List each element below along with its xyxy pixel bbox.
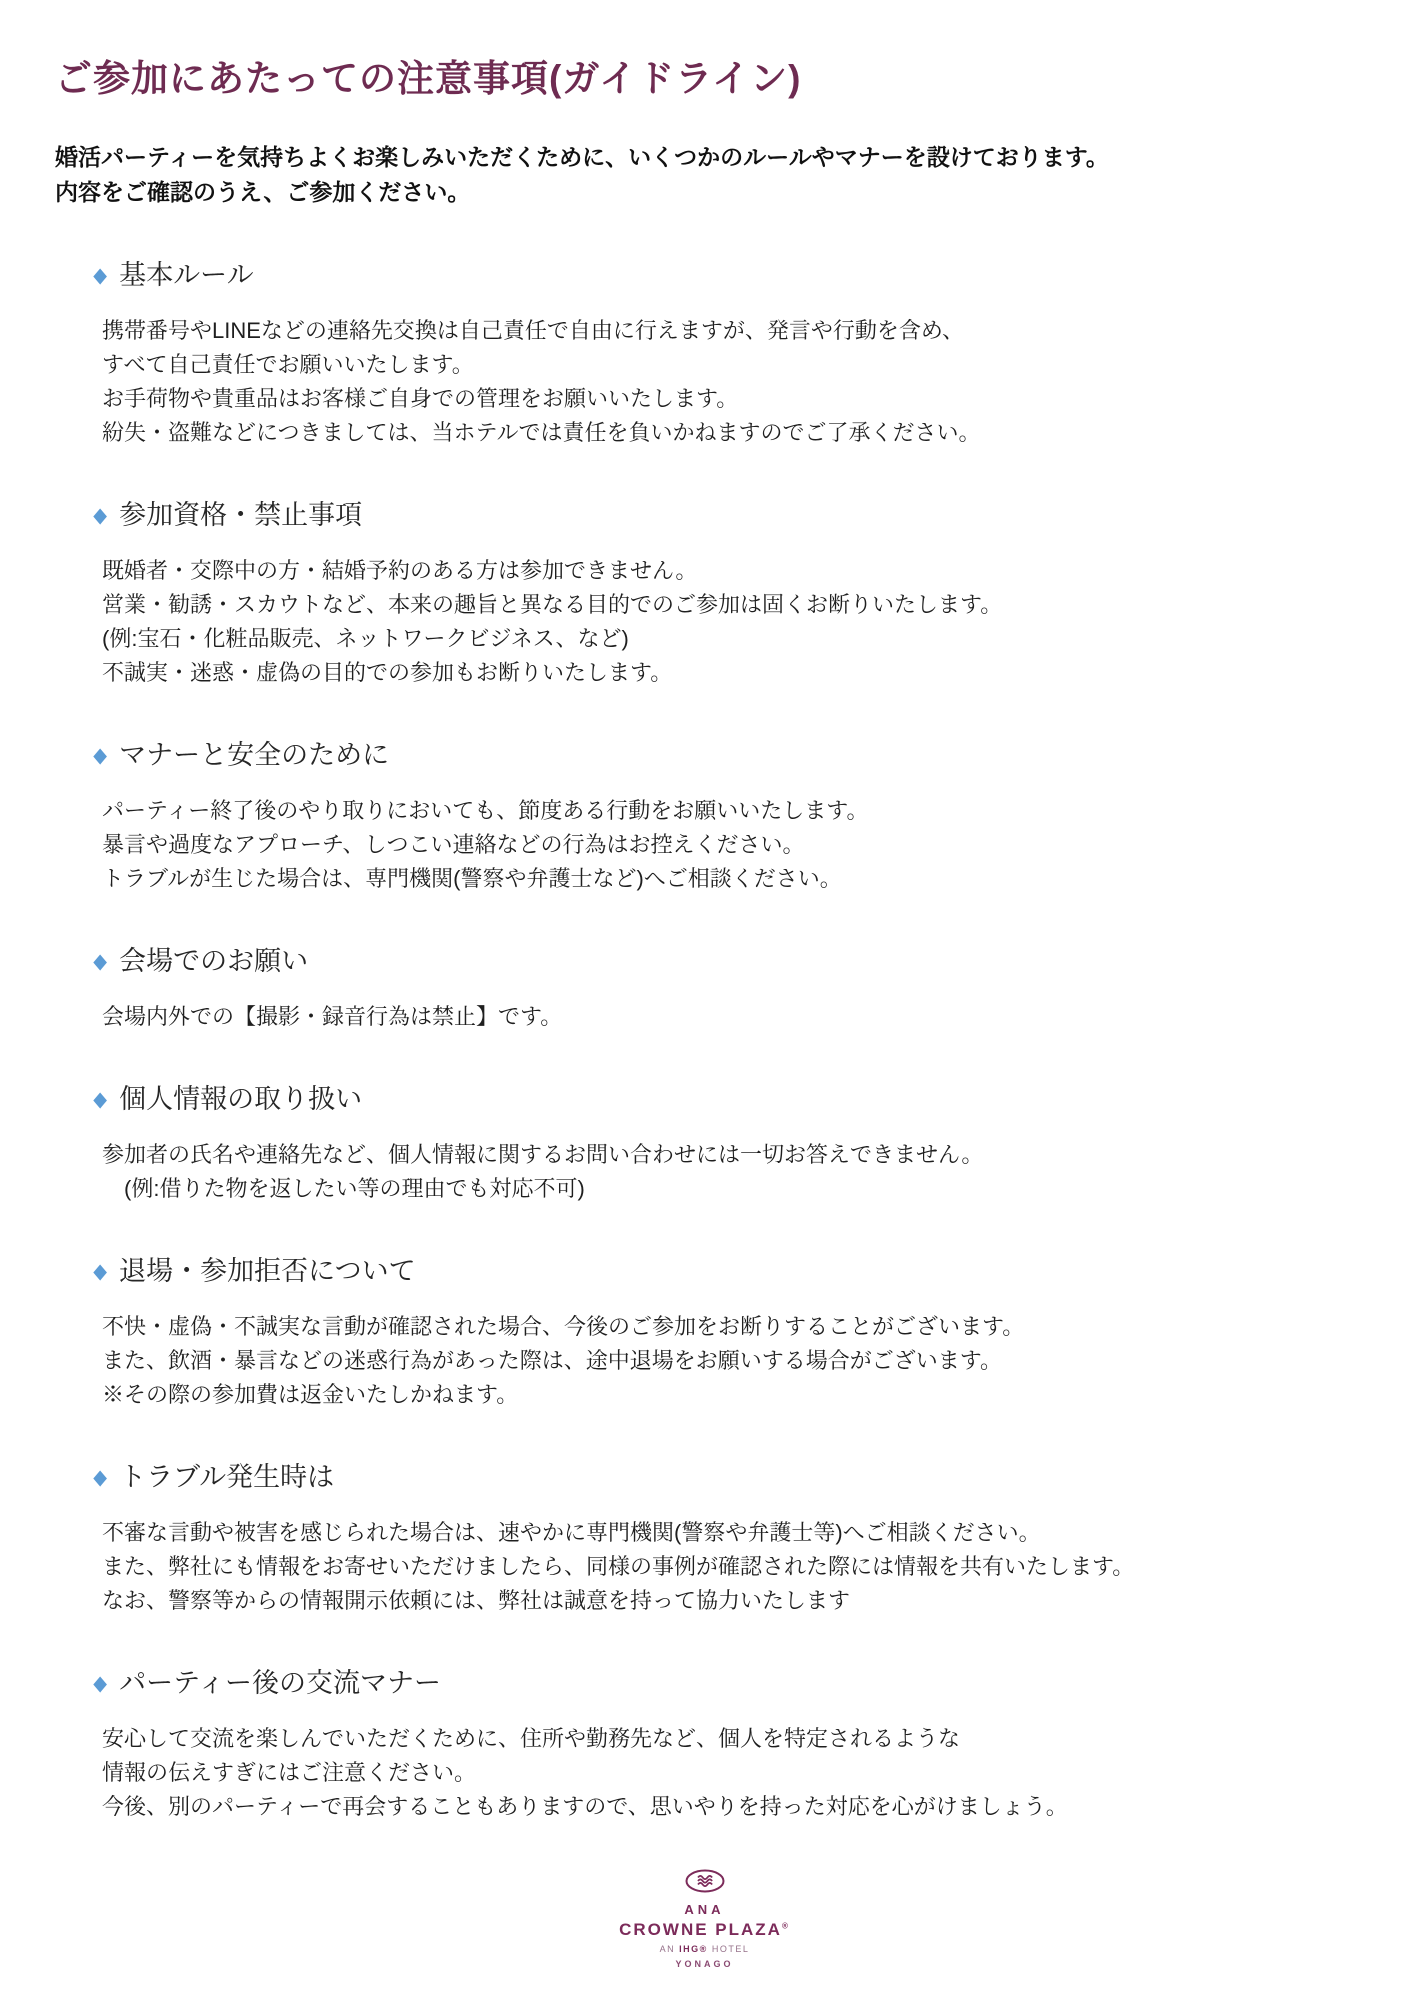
body-line: 今後、別のパーティーで再会することもありますので、思いやりを持った対応を心がけま… (102, 1790, 1354, 1824)
logo-crowne-reg-mark: ® (782, 1921, 790, 1930)
section-heading-label: 基本ルール (119, 256, 253, 294)
section-heading: ◆参加資格・禁止事項 (92, 496, 1354, 534)
body-line: パーティー終了後のやり取りにおいても、節度ある行動をお願いいたします。 (102, 794, 1354, 828)
section-body: 会場内外での【撮影・録音行為は禁止】です。 (102, 1000, 1354, 1034)
logo-crowne-plaza-text: CROWNE PLAZA (619, 1920, 782, 1939)
section-manners-safety: ◆マナーと安全のためにパーティー終了後のやり取りにおいても、節度ある行動をお願い… (55, 736, 1354, 896)
section-heading-label: 退場・参加拒否について (119, 1252, 415, 1290)
body-line: なお、警察等からの情報開示依頼には、弊社は誠意を持って協力いたします (102, 1584, 1354, 1618)
section-post-party-manners: ◆パーティー後の交流マナー安心して交流を楽しんでいただくために、住所や勤務先など… (55, 1664, 1354, 1824)
body-line: また、弊社にも情報をお寄せいただけましたら、同様の事例が確認された際には情報を共… (102, 1550, 1354, 1584)
body-line: 携帯番号やLINEなどの連絡先交換は自己責任で自由に行えますが、発言や行動を含め… (102, 314, 1354, 348)
diamond-bullet-icon: ◆ (93, 1673, 107, 1694)
intro-line-1: 婚活パーティーを気持ちよくお楽しみいただくために、いくつかのルールやマナーを設け… (55, 144, 1109, 170)
section-venue-request: ◆会場でのお願い会場内外での【撮影・録音行為は禁止】です。 (55, 942, 1354, 1034)
guidelines-page: ご参加にあたっての注意事項(ガイドライン) 婚活パーティーを気持ちよくお楽しみい… (0, 0, 1414, 2000)
logo-ihg-line: AN IHG® HOTEL (55, 1944, 1354, 1954)
body-line: また、飲酒・暴言などの迷惑行為があった際は、途中退場をお願いする場合がございます… (102, 1344, 1354, 1378)
section-personal-info: ◆個人情報の取り扱い参加者の氏名や連絡先など、個人情報に関するお問い合わせには一… (55, 1080, 1354, 1206)
section-body: 不快・虚偽・不誠実な言動が確認された場合、今後のご参加をお断りすることがございま… (102, 1310, 1354, 1412)
body-line: すべて自己責任でお願いいたします。 (102, 348, 1354, 382)
logo-ihg-brand: IHG® (679, 1944, 708, 1954)
body-line: ※その際の参加費は返金いたしかねます。 (102, 1378, 1354, 1412)
body-line: 不快・虚偽・不誠実な言動が確認された場合、今後のご参加をお断りすることがございま… (102, 1310, 1354, 1344)
section-basic-rules: ◆基本ルール携帯番号やLINEなどの連絡先交換は自己責任で自由に行えますが、発言… (55, 256, 1354, 450)
section-body: 既婚者・交際中の方・結婚予約のある方は参加できません。営業・勧誘・スカウトなど、… (102, 554, 1354, 690)
section-body: 不審な言動や被害を感じられた場合は、速やかに専門機関(警察や弁護士等)へご相談く… (102, 1516, 1354, 1618)
diamond-bullet-icon: ◆ (93, 1467, 107, 1488)
crowne-plaza-emblem-icon (684, 1868, 726, 1899)
body-line: トラブルが生じた場合は、専門機関(警察や弁護士など)へご相談ください。 (102, 862, 1354, 896)
section-trouble: ◆トラブル発生時は不審な言動や被害を感じられた場合は、速やかに専門機関(警察や弁… (55, 1458, 1354, 1618)
diamond-bullet-icon: ◆ (93, 265, 107, 286)
logo-brand-crowne-plaza: CROWNE PLAZA® (55, 1920, 1354, 1940)
section-heading-label: マナーと安全のために (119, 736, 389, 774)
section-body: 安心して交流を楽しんでいただくために、住所や勤務先など、個人を特定されるような情… (102, 1722, 1354, 1824)
logo-brand-ana: ANA (55, 1902, 1354, 1917)
diamond-bullet-icon: ◆ (93, 951, 107, 972)
intro-line-2: 内容をご確認のうえ、ご参加ください。 (55, 179, 470, 205)
diamond-bullet-icon: ◆ (93, 1089, 107, 1110)
intro-text: 婚活パーティーを気持ちよくお楽しみいただくために、いくつかのルールやマナーを設け… (55, 140, 1354, 210)
body-line: 不審な言動や被害を感じられた場合は、速やかに専門機関(警察や弁護士等)へご相談く… (102, 1516, 1354, 1550)
body-line: 既婚者・交際中の方・結婚予約のある方は参加できません。 (102, 554, 1354, 588)
section-heading: ◆会場でのお願い (92, 942, 1354, 980)
body-line: 紛失・盗難などにつきましては、当ホテルでは責任を負いかねますのでご了承ください。 (102, 416, 1354, 450)
body-line: 会場内外での【撮影・録音行為は禁止】です。 (102, 1000, 1354, 1034)
page-title: ご参加にあたっての注意事項(ガイドライン) (55, 56, 1354, 102)
body-line: 暴言や過度なアプローチ、しつこい連絡などの行為はお控えください。 (102, 828, 1354, 862)
diamond-bullet-icon: ◆ (93, 1261, 107, 1282)
body-line: (例:借りた物を返したい等の理由でも対応不可) (102, 1172, 1354, 1206)
section-heading-label: 個人情報の取り扱い (119, 1080, 362, 1118)
section-heading: ◆トラブル発生時は (92, 1458, 1354, 1496)
body-line: 営業・勧誘・スカウトなど、本来の趣旨と異なる目的でのご参加は固くお断りいたします… (102, 588, 1354, 622)
section-body: 携帯番号やLINEなどの連絡先交換は自己責任で自由に行えますが、発言や行動を含め… (102, 314, 1354, 450)
logo-location: YONAGO (55, 1959, 1354, 1969)
section-heading-label: 参加資格・禁止事項 (119, 496, 362, 534)
section-eligibility-prohibitions: ◆参加資格・禁止事項既婚者・交際中の方・結婚予約のある方は参加できません。営業・… (55, 496, 1354, 690)
section-body: パーティー終了後のやり取りにおいても、節度ある行動をお願いいたします。暴言や過度… (102, 794, 1354, 896)
body-line: 参加者の氏名や連絡先など、個人情報に関するお問い合わせには一切お答えできません。 (102, 1138, 1354, 1172)
diamond-bullet-icon: ◆ (93, 505, 107, 526)
section-heading-label: トラブル発生時は (119, 1458, 334, 1496)
section-heading-label: パーティー後の交流マナー (119, 1664, 441, 1702)
section-body: 参加者の氏名や連絡先など、個人情報に関するお問い合わせには一切お答えできません。… (102, 1138, 1354, 1206)
diamond-bullet-icon: ◆ (93, 745, 107, 766)
body-line: 情報の伝えすぎにはご注意ください。 (102, 1756, 1354, 1790)
section-heading: ◆退場・参加拒否について (92, 1252, 1354, 1290)
logo-ihg-an: AN (660, 1944, 676, 1954)
section-removal-refusal: ◆退場・参加拒否について不快・虚偽・不誠実な言動が確認された場合、今後のご参加を… (55, 1252, 1354, 1412)
section-heading: ◆個人情報の取り扱い (92, 1080, 1354, 1118)
logo-ihg-hotel: HOTEL (712, 1944, 750, 1954)
body-line: お手荷物や貴重品はお客様ご自身での管理をお願いいたします。 (102, 382, 1354, 416)
section-heading: ◆基本ルール (92, 256, 1354, 294)
body-line: 不誠実・迷惑・虚偽の目的での参加もお断りいたします。 (102, 656, 1354, 690)
section-heading-label: 会場でのお願い (119, 942, 308, 980)
hotel-logo: ANA CROWNE PLAZA® AN IHG® HOTEL YONAGO (55, 1868, 1354, 1969)
body-line: 安心して交流を楽しんでいただくために、住所や勤務先など、個人を特定されるような (102, 1722, 1354, 1756)
section-heading: ◆マナーと安全のために (92, 736, 1354, 774)
sections-container: ◆基本ルール携帯番号やLINEなどの連絡先交換は自己責任で自由に行えますが、発言… (55, 256, 1354, 1824)
section-heading: ◆パーティー後の交流マナー (92, 1664, 1354, 1702)
body-line: (例:宝石・化粧品販売、ネットワークビジネス、など) (102, 622, 1354, 656)
